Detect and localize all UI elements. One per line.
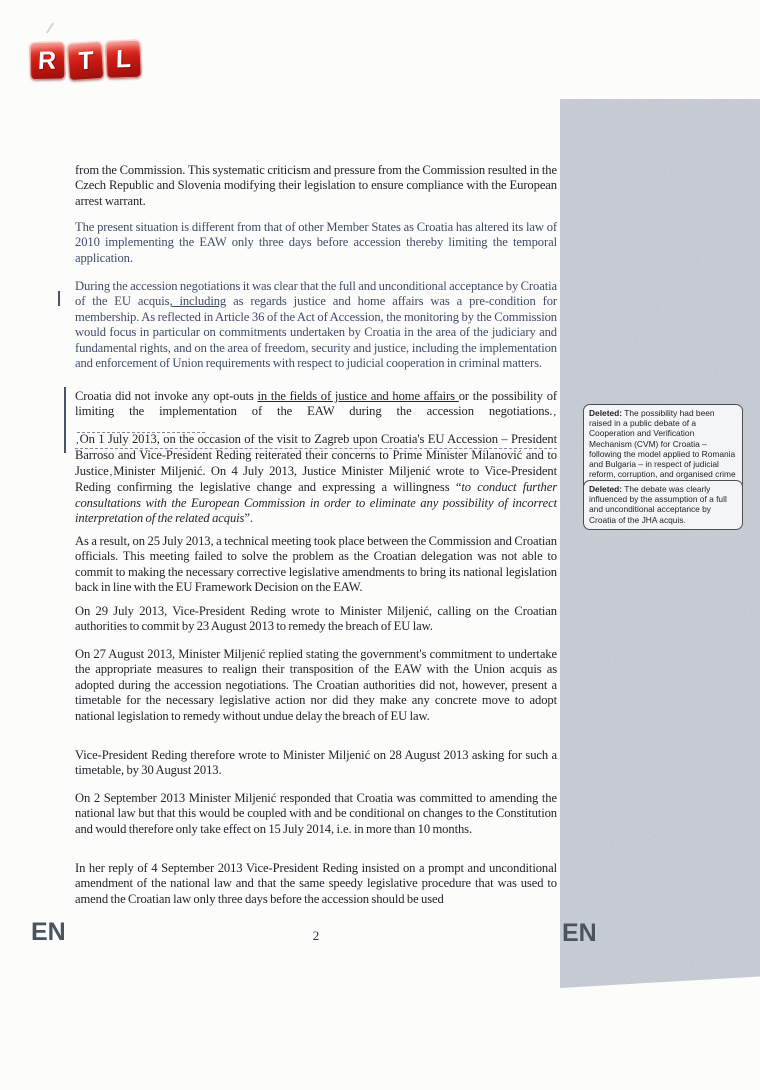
- logo-letter: T: [78, 48, 93, 74]
- scan-smudge: [46, 22, 54, 33]
- body-paragraph-5: ,On 1 July 2013, on the occasion of the …: [75, 432, 557, 526]
- page-number: 2: [75, 928, 557, 944]
- body-paragraph-2: The present situation is different from …: [75, 220, 557, 266]
- comment-text: The possibility had been raised in a pub…: [589, 408, 736, 489]
- paragraph-text: ”.: [244, 511, 253, 525]
- rtl-logo: R T L: [30, 40, 142, 80]
- paragraph-text: Croatia did not invoke any opt-outs: [75, 389, 257, 403]
- body-paragraph-3: During the accession negotiations it was…: [75, 279, 557, 371]
- body-paragraph-6: As a result, on 25 July 2013, a technica…: [75, 534, 557, 596]
- comment-label: Deleted:: [589, 408, 622, 418]
- paragraph-text: from the Commission. This systematic cri…: [75, 163, 557, 208]
- body-paragraph-10: On 2 September 2013 Minister Miljenić re…: [75, 791, 557, 837]
- logo-block-t: T: [67, 41, 104, 81]
- body-paragraph-7: On 29 July 2013, Vice-President Reding w…: [75, 604, 557, 635]
- footer-lang-left: EN: [31, 920, 66, 945]
- logo-block-l: L: [105, 40, 141, 79]
- paragraph-text: Vice-President Reding therefore wrote to…: [75, 748, 557, 777]
- paragraph-text: The present situation is different from …: [75, 220, 557, 265]
- body-paragraph-9: Vice-President Reding therefore wrote to…: [75, 748, 557, 779]
- paragraph-text: On 29 July 2013, Vice-President Reding w…: [75, 604, 557, 633]
- footer-lang-right: EN: [562, 921, 597, 946]
- body-paragraph-11: In her reply of 4 September 2013 Vice-Pr…: [75, 861, 557, 907]
- comment-label: Deleted:: [589, 484, 622, 494]
- scanned-document-page: R T L from the Commission. This systemat…: [0, 0, 760, 1090]
- paragraph-text: On 2 September 2013 Minister Miljenić re…: [75, 791, 557, 836]
- paragraph-text: On 27 August 2013, Minister Miljenić rep…: [75, 647, 557, 723]
- paragraph-text: As a result, on 25 July 2013, a technica…: [75, 534, 557, 594]
- logo-block-r: R: [30, 41, 66, 80]
- inserted-text: in the fields of justice and home affair…: [257, 389, 458, 403]
- body-paragraph-8: On 27 August 2013, Minister Miljenić rep…: [75, 647, 557, 724]
- inserted-text: , including: [169, 294, 226, 308]
- scan-noise-texture: [560, 99, 760, 988]
- logo-letter: R: [38, 48, 57, 73]
- deletion-anchor: ,: [552, 406, 557, 418]
- paragraph-text: In her reply of 4 September 2013 Vice-Pr…: [75, 861, 557, 906]
- body-paragraph-1: from the Commission. This systematic cri…: [75, 163, 557, 209]
- deletion-dashed-underline: [75, 448, 557, 449]
- deletion-dashed-line: [77, 421, 205, 433]
- body-paragraph-4: Croatia did not invoke any opt-outs in t…: [75, 389, 557, 437]
- logo-letter: L: [115, 46, 131, 72]
- change-bar: [58, 291, 60, 306]
- scan-artifact-strip: [560, 99, 760, 988]
- change-bar: [64, 387, 66, 453]
- comment-box-deleted-2: Deleted: The debate was clearly influenc…: [583, 480, 743, 530]
